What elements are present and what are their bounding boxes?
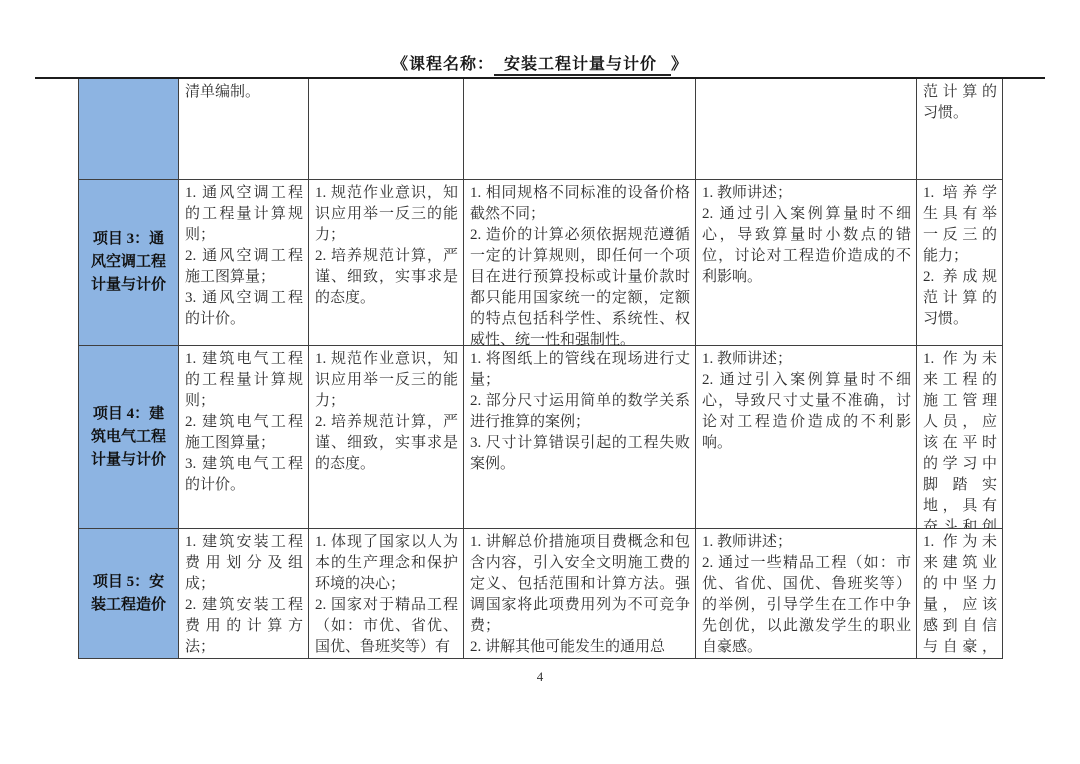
project-name-cell: 项目 4：建筑电气工程计量与计价 <box>79 346 179 529</box>
course-title-prefix: 《课程名称： <box>392 56 494 73</box>
cell-col5 <box>696 79 917 180</box>
cell-col6: 范计算的习惯。 <box>917 79 1003 180</box>
cell-col2: 1. 通风空调工程的工程量计算规则； 2. 通风空调工程施工图算量； 3. 通风… <box>179 180 309 346</box>
course-title-suffix: 》 <box>671 56 688 73</box>
cell-col2: 1. 建筑电气工程的工程量计算规则； 2. 建筑电气工程施工图算量； 3. 建筑… <box>179 346 309 529</box>
project-name-cell: 项目 5：安装工程造价 <box>79 529 179 659</box>
cell-col3 <box>309 79 464 180</box>
cell-col4 <box>464 79 696 180</box>
cell-col3: 1. 体现了国家以人为本的生产理念和保护环境的决心； 2. 国家对于精品工程（如… <box>309 529 464 659</box>
cell-col3: 1. 规范作业意识，知识应用举一反三的能力； 2. 培养规范计算，严谨、细致，实… <box>309 180 464 346</box>
cell-col2: 1. 建筑安装工程费用划分及组成； 2. 建筑安装工程费用的计算方法； <box>179 529 309 659</box>
table-row-project-4: 项目 4：建筑电气工程计量与计价 1. 建筑电气工程的工程量计算规则； 2. 建… <box>79 346 1003 529</box>
cell-col5: 1. 教师讲述； 2. 通过引入案例算量时不细心，导致算量时小数点的错位，讨论对… <box>696 180 917 346</box>
cell-col5: 1. 教师讲述； 2. 通过一些精品工程（如：市优、省优、国优、鲁班奖等）的举例… <box>696 529 917 659</box>
cell-col5: 1. 教师讲述； 2. 通过引入案例算量时不细心，导致尺寸丈量不准确，讨论对工程… <box>696 346 917 529</box>
cell-col2: 清单编制。 <box>179 79 309 180</box>
page-number: 4 <box>0 669 1080 685</box>
project-name-cell <box>79 79 179 180</box>
cell-col4: 1. 将图纸上的管线在现场进行丈量； 2. 部分尺寸运用简单的数学关系进行推算的… <box>464 346 696 529</box>
cell-col3: 1. 规范作业意识，知识应用举一反三的能力； 2. 培养规范计算，严谨、细致，实… <box>309 346 464 529</box>
table-row-project-3: 项目 3：通风空调工程计量与计价 1. 通风空调工程的工程量计算规则； 2. 通… <box>79 180 1003 346</box>
cell-col6: 1. 作为未来建筑业的中坚力量，应该感到自信与自豪，在平 <box>917 529 1003 659</box>
page-header-title: 《课程名称：安装工程计量与计价》 <box>0 51 1080 74</box>
course-table: 清单编制。 范计算的习惯。 项目 3：通风空调工程计量与计价 1. 通风空调工程… <box>78 79 1003 659</box>
cell-col4: 1. 讲解总价措施项目费概念和包含内容，引入安全文明施工费的定义、包括范围和计算… <box>464 529 696 659</box>
course-name: 安装工程计量与计价 <box>494 56 671 76</box>
cell-col6: 1. 培养学生具有举一反三的能力； 2. 养成规范计算的习惯。 <box>917 180 1003 346</box>
cell-col4: 1. 相同规格不同标准的设备价格截然不同； 2. 造价的计算必须依据规范遵循一定… <box>464 180 696 346</box>
table-row-continuation: 清单编制。 范计算的习惯。 <box>79 79 1003 180</box>
table-row-project-5: 项目 5：安装工程造价 1. 建筑安装工程费用划分及组成； 2. 建筑安装工程费… <box>79 529 1003 659</box>
cell-col6: 1. 作为未来工程的施工管理人员，应该在平时的学习中脚踏实地，具有奋斗和创新意识… <box>917 346 1003 529</box>
project-name-cell: 项目 3：通风空调工程计量与计价 <box>79 180 179 346</box>
